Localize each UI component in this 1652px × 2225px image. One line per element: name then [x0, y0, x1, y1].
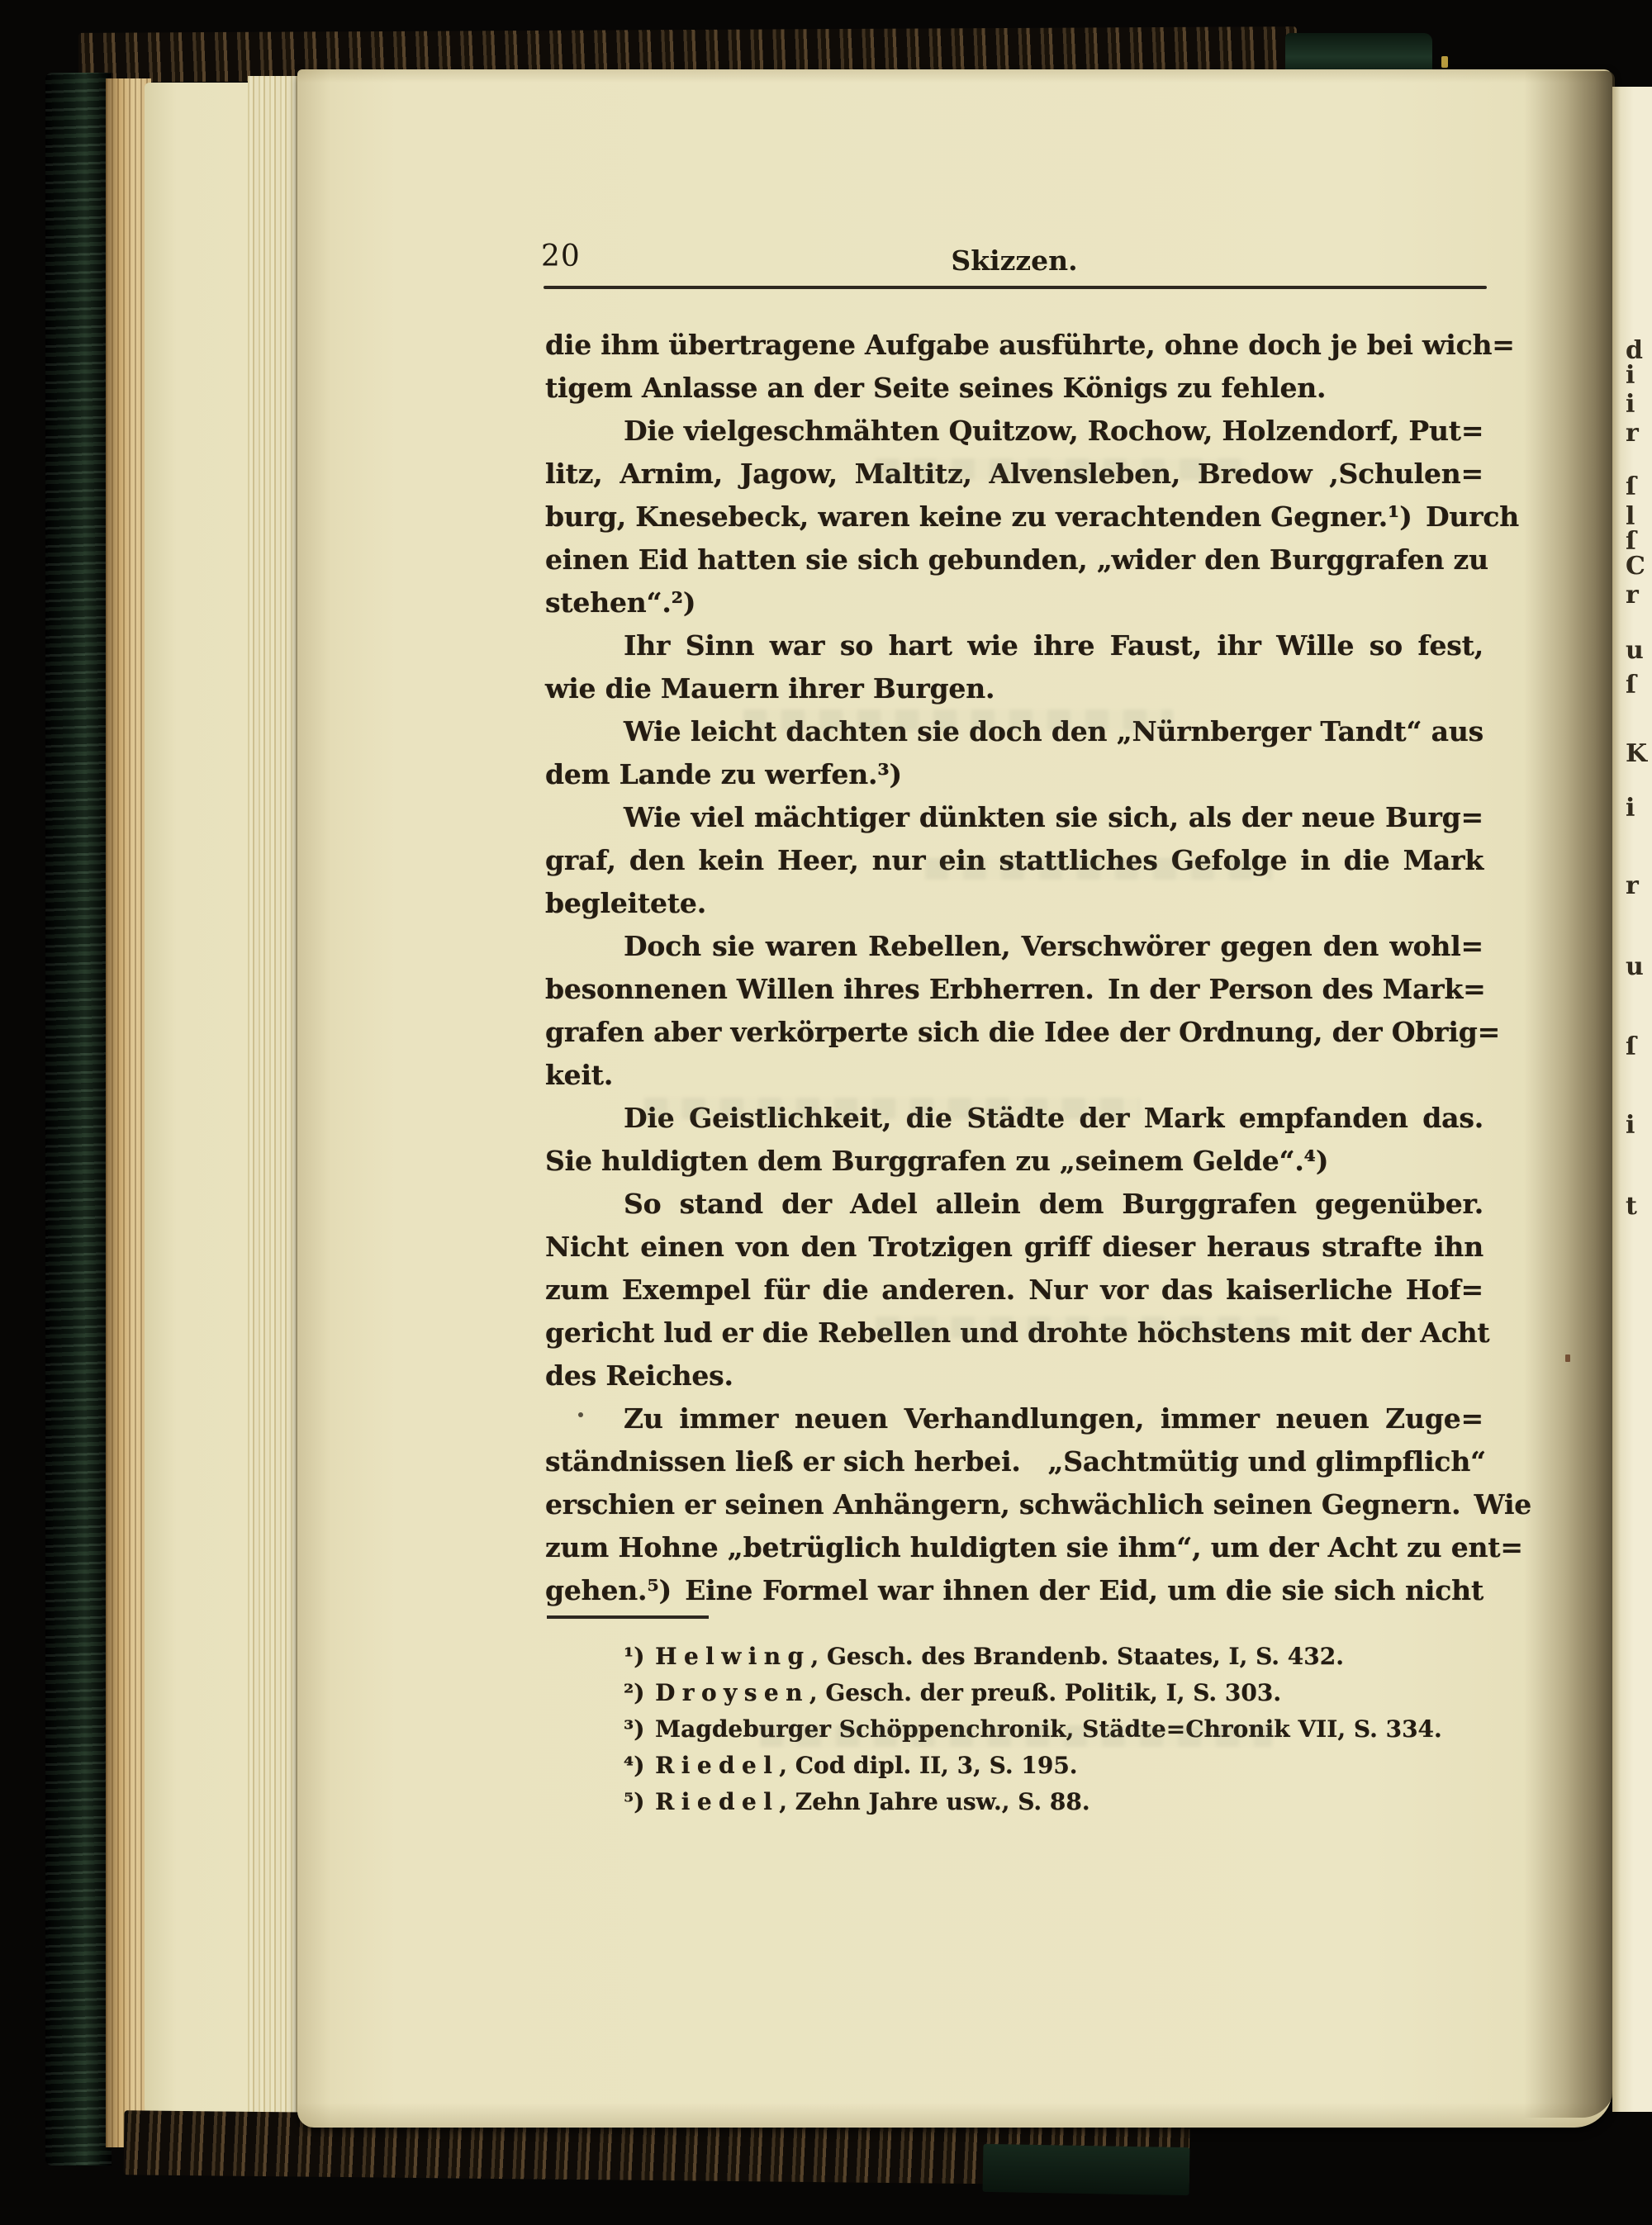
text-line: wie die Mauern ihrer Burgen.: [545, 667, 1483, 710]
footnote-author: Riedel: [655, 1752, 779, 1779]
book-spine-left: [45, 73, 112, 2166]
text-line: gericht lud er die Rebellen und drohte h…: [545, 1312, 1483, 1354]
ink-speck: [1565, 1354, 1570, 1362]
footnote-text: , Gesch. des Brandenb. Staates, I, S. 43…: [811, 1643, 1345, 1670]
text-line: die ihm übertragene Aufgabe ausführte, o…: [545, 324, 1483, 367]
text-line: burg, Knesebeck, waren keine zu verachte…: [545, 496, 1483, 538]
letter-fragment: ſ: [1626, 472, 1636, 501]
text-line: einen Eid hatten sie sich gebunden, „wid…: [545, 538, 1483, 581]
footnote: ⁴)Riedel, Cod dipl. II, 3, S. 195.: [545, 1748, 1483, 1784]
letter-fragment: u: [1626, 952, 1644, 981]
text-line: Sie huldigten dem Burggrafen zu „seinem …: [545, 1140, 1483, 1183]
letter-fragment: r: [1626, 581, 1639, 610]
text-line: Die vielgeschmähten Quitzow, Rochow, Hol…: [545, 410, 1483, 453]
underlying-page-surface: [145, 83, 252, 2131]
text-line: keit.: [545, 1054, 1483, 1097]
text-line: Zu immer neuen Verhandlungen, immer neue…: [545, 1397, 1483, 1440]
footnote-marker: ¹): [624, 1643, 645, 1670]
letter-fragment: t: [1626, 1192, 1637, 1221]
footnote: ⁵)Riedel, Zehn Jahre usw., S. 88.: [545, 1784, 1483, 1820]
text-line: So stand der Adel allein dem Burggrafen …: [545, 1183, 1483, 1226]
text-line: Wie leicht dachten sie doch den „Nürnber…: [545, 710, 1483, 753]
footnote-text: Magdeburger Schöppenchronik, Städte=Chro…: [655, 1715, 1442, 1743]
letter-fragment: i: [1626, 794, 1635, 823]
text-line: ständnissen ließ er sich herbei. „Sachtm…: [545, 1440, 1483, 1483]
letter-fragment: u: [1626, 636, 1644, 665]
text-line: grafen aber verkörperte sich die Idee de…: [545, 1011, 1483, 1054]
footnotes: ¹)Helwing, Gesch. des Brandenb. Staates,…: [545, 1639, 1483, 1820]
letter-fragment: C: [1626, 552, 1645, 581]
text-line: Wie viel mächtiger dünkten sie sich, als…: [545, 796, 1483, 839]
text-line: des Reiches.: [545, 1354, 1483, 1397]
text-line: graf, den kein Heer, nur ein stattliches…: [545, 839, 1483, 882]
letter-fragment: r: [1626, 871, 1639, 900]
header-rule: [544, 286, 1487, 289]
footnote-marker: ⁵): [624, 1788, 645, 1815]
text-line: tigem Anlasse an der Seite seines Königs…: [545, 367, 1483, 410]
book-scan: 20 Skizzen. die ihm übertragene Aufgabe …: [0, 0, 1652, 2225]
text-line: besonnenen Willen ihres Erbherren. In de…: [545, 968, 1483, 1011]
letter-fragment: r: [1626, 419, 1639, 448]
letter-fragment: i: [1626, 361, 1635, 390]
letter-fragment: K: [1626, 739, 1647, 768]
footnote-marker: ²): [624, 1679, 645, 1706]
footnote-separator: [547, 1615, 709, 1619]
text-line: gehen.⁵) Eine Formel war ihnen der Eid, …: [545, 1569, 1483, 1612]
text-line: dem Lande zu werfen.³): [545, 753, 1483, 796]
text-line: erschien er seinen Anhängern, schwächlic…: [545, 1483, 1483, 1526]
footnote-author: Riedel: [655, 1788, 779, 1815]
text-line: litz, Arnim, Jagow, Maltitz, Alvensleben…: [545, 453, 1483, 496]
text-line: Nicht einen von den Trotzigen griff dies…: [545, 1226, 1483, 1269]
footnote-text: , Zehn Jahre usw., S. 88.: [779, 1788, 1089, 1815]
text-line: stehen“.²): [545, 581, 1483, 624]
book-page: 20 Skizzen. die ihm übertragene Aufgabe …: [297, 69, 1612, 2128]
text-line: Ihr Sinn war so hart wie ihre Faust, ihr…: [545, 624, 1483, 667]
letter-fragment: i: [1626, 390, 1635, 419]
letter-fragment: ſ: [1626, 671, 1636, 700]
book-cover-edge-bottom: [983, 2144, 1190, 2195]
text-line: Doch sie waren Rebellen, Verschwörer geg…: [545, 925, 1483, 968]
footnote-author: Helwing: [655, 1643, 810, 1670]
footnote-text: , Gesch. der preuß. Politik, I, S. 303.: [809, 1679, 1281, 1706]
page-edges-inner-stack: [248, 76, 301, 2132]
text-line: Die Geistlichkeit, die Städte der Mark e…: [545, 1097, 1483, 1140]
text-line: zum Exempel für die anderen. Nur vor das…: [545, 1269, 1483, 1312]
footnote-text: , Cod dipl. II, 3, S. 195.: [779, 1752, 1077, 1779]
letter-fragment: ſ: [1626, 1032, 1636, 1061]
text-line: zum Hohne „betrüglich huldigten sie ihm“…: [545, 1526, 1483, 1569]
footnote: ¹)Helwing, Gesch. des Brandenb. Staates,…: [545, 1639, 1483, 1675]
running-header: Skizzen.: [545, 244, 1483, 277]
letter-fragment: i: [1626, 1111, 1635, 1140]
ink-speck: [578, 1412, 583, 1417]
gilt-fleck: [1441, 56, 1448, 68]
footnote-marker: ³): [624, 1715, 645, 1743]
footnote-marker: ⁴): [624, 1752, 645, 1779]
footnote-author: Droysen: [655, 1679, 809, 1706]
facing-page-edge: diirſlſCruſKiruſit: [1612, 87, 1652, 2112]
footnote: ²)Droysen, Gesch. der preuß. Politik, I,…: [545, 1675, 1483, 1711]
text-line: begleitete.: [545, 882, 1483, 925]
body-text: die ihm übertragene Aufgabe ausführte, o…: [545, 324, 1483, 1612]
footnote: ³)Magdeburger Schöppenchronik, Städte=Ch…: [545, 1711, 1483, 1748]
